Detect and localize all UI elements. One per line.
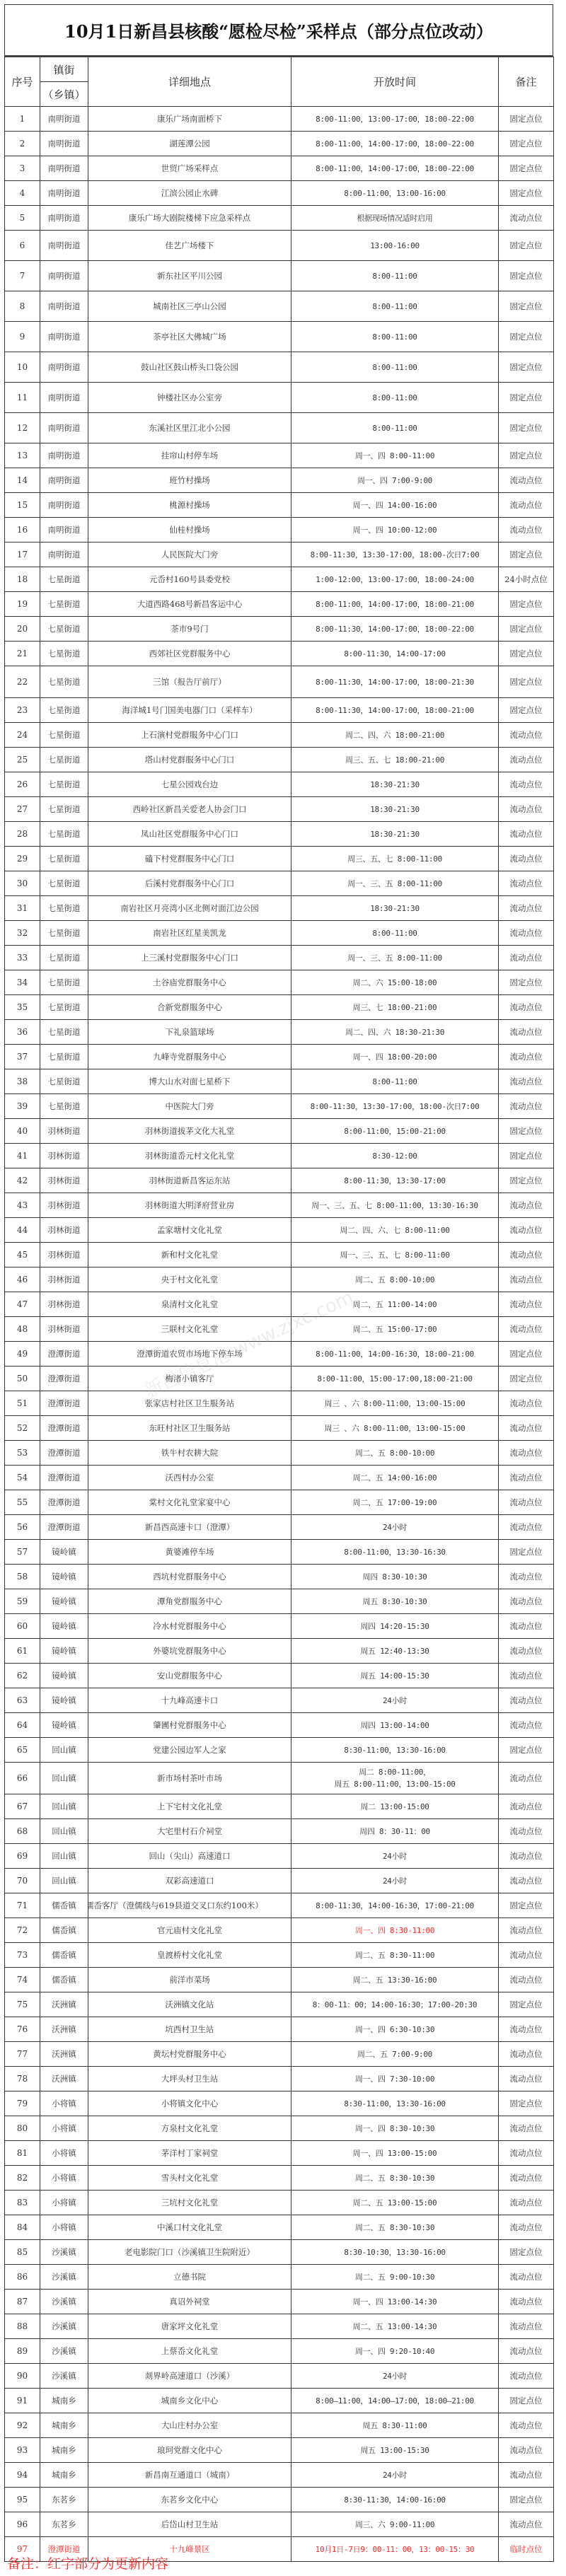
row-note: 流动点位 (499, 1844, 554, 1869)
row-seq: 4 (5, 181, 40, 206)
row-time: 周二、五 8:30-11:00 (291, 1943, 499, 1968)
row-town: 七星街道 (40, 567, 88, 592)
row-location: 上三溪村党群服务中心门口 (88, 946, 291, 970)
row-seq: 84 (5, 2215, 40, 2240)
row-location: 泉清村文化礼堂 (88, 1292, 291, 1317)
row-time-line2: 周五 8:00-11:00，13:00-15:00 (291, 1778, 498, 1790)
row-note: 流动点位 (499, 2166, 554, 2191)
row-time: 8:30-10:30，13:30-16:00 (291, 2240, 499, 2265)
row-location: 冷水村党群服务中心 (88, 1614, 291, 1639)
table-row: 23七星街道海洋城1号门国美电器门口（采样车）8:00-11:30，14:00-… (5, 698, 554, 723)
row-time: 13:00-16:00 (291, 231, 499, 261)
table-row: 50澄潭街道梅渚小镇客厅8:00-11:00，15:00-17:00,18:00… (5, 1367, 554, 1391)
row-town: 小将镇 (40, 2215, 88, 2240)
row-location: 凤山社区党群服务中心门口 (88, 822, 291, 847)
row-town: 七星街道 (40, 847, 88, 871)
table-row: 63镜岭镇十九峰高速卡口24小时流动点位 (5, 1688, 554, 1713)
row-time: 周二、五 14:00-16:00 (291, 1466, 499, 1490)
row-time: 24小时 (291, 1844, 499, 1869)
schedule-sheet: 10月1日新昌县核酸“愿检尽检”采样点（部分点位改动） 序号 镇街 详细地点 开… (4, 4, 553, 2562)
row-time: 周一、四 8:30-11:00 (291, 1918, 499, 1943)
row-note: 流动点位 (499, 1466, 554, 1490)
table-row: 13南明街道挂帘山村停车场周一、四 8:00-11:00固定点位 (5, 443, 554, 468)
table-row: 91城南乡城南乡文化中心8:00—11:00，14:00—17:00，18:00… (5, 2389, 554, 2413)
row-note: 流动点位 (499, 1490, 554, 1515)
row-location: 土谷庙党群服务中心 (88, 970, 291, 995)
row-note: 流动点位 (499, 1688, 554, 1713)
row-location: 西岭社区新昌关爱老人协会门口 (88, 797, 291, 822)
row-time: 周五 8:30-11:00 (291, 2413, 499, 2438)
row-location: 方泉村文化礼堂 (88, 2116, 291, 2141)
row-note: 固定点位 (499, 642, 554, 666)
row-note: 固定点位 (499, 617, 554, 642)
row-seq: 2 (5, 132, 40, 156)
row-town: 镜岭镇 (40, 1540, 88, 1565)
row-seq: 90 (5, 2364, 40, 2389)
row-seq: 60 (5, 1614, 40, 1639)
row-town: 南明街道 (40, 107, 88, 132)
sampling-sites-table: 序号 镇街 详细地点 开放时间 备注 （乡镇） 1南明街道康乐广场南面桥下8:0… (4, 57, 554, 2562)
row-town: 回山镇 (40, 1869, 88, 1893)
row-note: 流动点位 (499, 2512, 554, 2537)
row-seq: 52 (5, 1416, 40, 1441)
row-town: 镜岭镇 (40, 1713, 88, 1738)
row-note: 流动点位 (499, 2141, 554, 2166)
row-location: 城南社区三亭山公园 (88, 291, 291, 322)
row-seq: 12 (5, 413, 40, 443)
table-row: 61镜岭镇外婆坑党群服务中心周五 12:40-13:30流动点位 (5, 1639, 554, 1664)
row-seq: 96 (5, 2512, 40, 2537)
row-note: 固定点位 (499, 181, 554, 206)
row-time: 周一、四 9:20-10:40 (291, 2339, 499, 2364)
row-town: 镜岭镇 (40, 1565, 88, 1589)
row-seq: 57 (5, 1540, 40, 1565)
row-note: 流动点位 (499, 723, 554, 748)
row-time: 8:00-11:00，13:30-16:30 (291, 1540, 499, 1565)
row-time: 周三 、六 8:00-11:00，13:00-15:00 (291, 1391, 499, 1416)
table-row: 12南明街道东溪社区里江北小公园8:00-11:00固定点位 (5, 413, 554, 443)
table-row: 41羽林街道羽林街道岙元村文化礼堂8:30-12:00固定点位 (5, 1144, 554, 1168)
row-town: 七星街道 (40, 698, 88, 723)
table-row: 8南明街道城南社区三亭山公园8:00-11:00固定点位 (5, 291, 554, 322)
table-row: 35七星街道合新党群服务中心周三、七 18:00-21:00流动点位 (5, 995, 554, 1020)
row-note: 临时点位 (499, 2537, 554, 2562)
row-location: 人民医院大门旁 (88, 543, 291, 567)
row-seq: 68 (5, 1819, 40, 1844)
row-time: 8:00-11:00 (291, 352, 499, 383)
row-location: 桃源村操场 (88, 493, 291, 518)
row-time: 8:30-11:00，13:30-16:00 (291, 2091, 499, 2116)
row-seq: 6 (5, 231, 40, 261)
row-seq: 47 (5, 1292, 40, 1317)
row-location: 东旺村社区卫生服务站 (88, 1416, 291, 1441)
row-location: 新市场村茶叶市场 (88, 1763, 291, 1794)
row-note: 流动点位 (499, 797, 554, 822)
row-location: 城南乡文化中心 (88, 2389, 291, 2413)
row-location: 老电影院门口（沙溪镇卫生院附近） (88, 2240, 291, 2265)
row-note: 流动点位 (499, 2339, 554, 2364)
row-location: 羽林街道大明泽府营业房 (88, 1193, 291, 1218)
row-town: 南明街道 (40, 352, 88, 383)
row-seq: 20 (5, 617, 40, 642)
row-time: 周一、四 18:00-20:00 (291, 1045, 499, 1069)
row-note: 流动点位 (499, 1441, 554, 1466)
row-time: 周一、三、五 8:00-11:00 (291, 871, 499, 896)
row-location: 沃西村办公室 (88, 1466, 291, 1490)
row-town: 回山镇 (40, 1763, 88, 1794)
row-town: 沙溪镇 (40, 2314, 88, 2339)
row-note: 流动点位 (499, 1069, 554, 1094)
header-note: 备注 (499, 57, 554, 107)
row-town: 七星街道 (40, 642, 88, 666)
row-time: 周五 14:00-15:30 (291, 1664, 499, 1688)
table-row: 53澄潭街道铁牛村农耕大院周二、五 8:00-10:00流动点位 (5, 1441, 554, 1466)
row-seq: 36 (5, 1020, 40, 1045)
row-location: 塔山村党群服务中心门口 (88, 748, 291, 772)
table-row: 96东茗乡后岱山村卫生站周三、六 9:00-11:00流动点位 (5, 2512, 554, 2537)
row-time: 周三 、六 8:00-11:00，13:00-15:00 (291, 1416, 499, 1441)
table-row: 86沙溪镇立德书院周二、五 9:00-10:30流动点位 (5, 2265, 554, 2290)
row-location: 坑西村卫生站 (88, 2017, 291, 2042)
row-location: 大道西路468号新昌客运中心 (88, 592, 291, 617)
row-town: 镜岭镇 (40, 1664, 88, 1688)
row-seq: 65 (5, 1738, 40, 1763)
row-seq: 3 (5, 156, 40, 181)
row-time: 周二、五 8:00-10:00 (291, 1441, 499, 1466)
row-note: 固定点位 (499, 156, 554, 181)
row-time: 周四 13:00-14:00 (291, 1713, 499, 1738)
row-time-line1: 周二 8:00-11:00， (291, 1766, 498, 1778)
table-row: 18七星街道元岙村160号县委党校1:00-12:00，13:00-17:00，… (5, 567, 554, 592)
row-location: 十九峰高速卡口 (88, 1688, 291, 1713)
row-seq: 89 (5, 2339, 40, 2364)
table-row: 94城南乡新昌南互通道口（城南）24小时流动点位 (5, 2463, 554, 2488)
table-row: 88沙溪镇唐家坪文化礼堂周二、五 13:00-14:30流动点位 (5, 2314, 554, 2339)
row-seq: 38 (5, 1069, 40, 1094)
row-town: 小将镇 (40, 2116, 88, 2141)
table-row: 47羽林街道泉清村文化礼堂周二、五 11:00-14:00流动点位 (5, 1292, 554, 1317)
row-town: 七星街道 (40, 797, 88, 822)
row-town: 南明街道 (40, 443, 88, 468)
row-note: 流动点位 (499, 896, 554, 921)
row-time: 周二、五 9:00-10:30 (291, 2265, 499, 2290)
table-row: 17南明街道人民医院大门旁8:00-11:30，13:30-17:00，18:0… (5, 543, 554, 567)
table-row: 4南明街道江滨公园止水碑8:00-11:00，13:00-16:00固定点位 (5, 181, 554, 206)
row-seq: 41 (5, 1144, 40, 1168)
table-row: 81小将镇茅洋村丁家祠堂周一、四 13:00-15:00流动点位 (5, 2141, 554, 2166)
header-seq: 序号 (5, 57, 40, 107)
row-note: 固定点位 (499, 1144, 554, 1168)
row-location: 康乐广场大剧院楼梯下应急采样点 (88, 206, 291, 231)
row-note: 流动点位 (499, 2463, 554, 2488)
row-note: 流动点位 (499, 2438, 554, 2463)
table-row: 56澄潭街道新昌西高速卡口（澄潭）24小时流动点位 (5, 1515, 554, 1540)
row-town: 南明街道 (40, 493, 88, 518)
row-note: 固定点位 (499, 2091, 554, 2116)
row-time: 24小时 (291, 1515, 499, 1540)
row-location: 海洋城1号门国美电器门口（采样车） (88, 698, 291, 723)
row-location: 儒岙客厅（澄儒线与619县道交叉口东约100米） (88, 1893, 291, 1918)
row-seq: 22 (5, 666, 40, 698)
row-location: 东溪社区里江北小公园 (88, 413, 291, 443)
table-row: 89沙溪镇上蔡岙文化礼堂周一、四 9:20-10:40流动点位 (5, 2339, 554, 2364)
row-seq: 15 (5, 493, 40, 518)
table-row: 10南明街道鼓山社区鼓山桥头口袋公园8:00-11:00固定点位 (5, 352, 554, 383)
table-row: 32七星街道南岩社区红星美凯龙8:00-11:00流动点位 (5, 921, 554, 946)
row-note: 24小时点位 (499, 567, 554, 592)
row-town: 羽林街道 (40, 1218, 88, 1243)
row-time: 周二、五 13:00-14:30 (291, 2314, 499, 2339)
row-town: 七星街道 (40, 748, 88, 772)
row-location: 三联村文化礼堂 (88, 1317, 291, 1342)
row-location: 挂帘山村停车场 (88, 443, 291, 468)
table-row: 21七星街道西郊社区党群服务中心8:00-11:30，14:00-17:00固定… (5, 642, 554, 666)
row-town: 回山镇 (40, 1844, 88, 1869)
table-row: 85沙溪镇老电影院门口（沙溪镇卫生院附近）8:30-10:30，13:30-16… (5, 2240, 554, 2265)
row-town: 沃洲镇 (40, 1992, 88, 2017)
table-row: 64镜岭镇肇圃村党群服务中心周四 13:00-14:00流动点位 (5, 1713, 554, 1738)
table-row: 71儒岙镇儒岙客厅（澄儒线与619县道交叉口东约100米）8:00-11:30，… (5, 1893, 554, 1918)
row-time: 8:00-11:00 (291, 413, 499, 443)
row-location: 仙桂村操场 (88, 518, 291, 543)
table-row: 16南明街道仙桂村操场周一、四 10:00-12:00流动点位 (5, 518, 554, 543)
row-location: 下礼泉篮球场 (88, 1020, 291, 1045)
row-location: 上下宅村文化礼堂 (88, 1794, 291, 1819)
row-note: 流动点位 (499, 822, 554, 847)
row-seq: 83 (5, 2191, 40, 2215)
row-seq: 92 (5, 2413, 40, 2438)
row-note: 流动点位 (499, 1515, 554, 1540)
table-row: 19七星街道大道西路468号新昌客运中心8:00-11:00，14:00-17:… (5, 592, 554, 617)
row-town: 沙溪镇 (40, 2290, 88, 2314)
row-location: 新和村文化礼堂 (88, 1243, 291, 1267)
row-seq: 73 (5, 1943, 40, 1968)
row-town: 七星街道 (40, 946, 88, 970)
row-time: 周一、四 10:00-12:00 (291, 518, 499, 543)
row-location: 佳艺广场楼下 (88, 231, 291, 261)
row-location: 七星公园戏台边 (88, 772, 291, 797)
row-location: 元岙村160号县委党校 (88, 567, 291, 592)
table-row: 95东茗乡东茗乡文化中心8:30-11:30，14:00-16:00固定点位 (5, 2488, 554, 2512)
row-note: 固定点位 (499, 291, 554, 322)
row-town: 澄潭街道 (40, 1367, 88, 1391)
row-note: 固定点位 (499, 261, 554, 291)
row-time: 周一、四 6:30-10:30 (291, 2017, 499, 2042)
row-time: 18:30-21:30 (291, 772, 499, 797)
row-seq: 48 (5, 1317, 40, 1342)
row-time: 18:30-21:30 (291, 797, 499, 822)
row-location: 南岩社区月亮湾小区北侧对面江边公园 (88, 896, 291, 921)
row-seq: 67 (5, 1794, 40, 1819)
row-seq: 39 (5, 1094, 40, 1119)
row-seq: 77 (5, 2042, 40, 2067)
row-time: 8:00-11:30，14:00-17:00 (291, 642, 499, 666)
row-note: 流动点位 (499, 2413, 554, 2438)
row-location: 上石演村党群服务中心门口 (88, 723, 291, 748)
row-town: 羽林街道 (40, 1292, 88, 1317)
row-seq: 23 (5, 698, 40, 723)
row-location: 央于村文化礼堂 (88, 1267, 291, 1292)
table-row: 87沙溪镇真诏外祠堂周一、四 13:00-14:30流动点位 (5, 2290, 554, 2314)
row-time: 周一、四 8:30-10:30 (291, 2116, 499, 2141)
table-row: 49澄潭街道澄潭街道农贸市场地下停车场8:00-11:00，14:00-16:3… (5, 1342, 554, 1367)
row-note: 固定点位 (499, 1119, 554, 1144)
row-note: 固定点位 (499, 2488, 554, 2512)
table-row: 2南明街道湖莲潭公园8:00-11:00，14:00-17:00，18:00-2… (5, 132, 554, 156)
row-town: 七星街道 (40, 666, 88, 698)
row-town: 南明街道 (40, 543, 88, 567)
row-seq: 18 (5, 567, 40, 592)
row-location: 琅珂党群文化中心 (88, 2438, 291, 2463)
row-time: 8:00-11:00，15:00-21:00 (291, 1119, 499, 1144)
row-location: 中医院大门旁 (88, 1094, 291, 1119)
table-row: 14南明街道班竹村操场周一、四 7:00-9:00流动点位 (5, 468, 554, 493)
row-seq: 81 (5, 2141, 40, 2166)
row-town: 七星街道 (40, 921, 88, 946)
row-note: 流动点位 (499, 2290, 554, 2314)
row-note: 流动点位 (499, 518, 554, 543)
row-note: 固定点位 (499, 543, 554, 567)
row-town: 澄潭街道 (40, 1515, 88, 1540)
row-seq: 82 (5, 2166, 40, 2191)
row-town: 南明街道 (40, 261, 88, 291)
table-row: 33七星街道上三溪村党群服务中心门口周一、三、五 8:00-11:00流动点位 (5, 946, 554, 970)
row-note: 固定点位 (499, 592, 554, 617)
row-seq: 1 (5, 107, 40, 132)
row-time: 周二、五 8:00-10:00 (291, 1267, 499, 1292)
table-row: 92城南乡大山庄村办公室周五 8:30-11:00流动点位 (5, 2413, 554, 2438)
row-time: 周二、五 8:30-10:30 (291, 2166, 499, 2191)
table-row: 69回山镇回山（尖山）高速道口24小时流动点位 (5, 1844, 554, 1869)
row-note: 流动点位 (499, 1794, 554, 1819)
row-time: 8：00-11：00；14:00-16:30；17:00-20:30 (291, 1992, 499, 2017)
row-note: 流动点位 (499, 1243, 554, 1267)
row-time: 8:00-11:00，14:00-17:00，18:00-21:00 (291, 592, 499, 617)
row-town: 羽林街道 (40, 1267, 88, 1292)
row-seq: 13 (5, 443, 40, 468)
row-seq: 76 (5, 2017, 40, 2042)
row-time: 18:30-21:30 (291, 822, 499, 847)
row-location: 新昌南互通道口（城南） (88, 2463, 291, 2488)
table-row: 66回山镇新市场村茶叶市场周二 8:00-11:00，周五 8:00-11:00… (5, 1763, 554, 1794)
row-location: 九峰寺党群服务中心 (88, 1045, 291, 1069)
row-location: 湖莲潭公园 (88, 132, 291, 156)
table-row: 79小将镇小将镇文化中心8:30-11:00，13:30-16:00固定点位 (5, 2091, 554, 2116)
row-time: 周一、四 8:00-11:00 (291, 443, 499, 468)
table-row: 77沃洲镇黄坛村党群服务中心周二、五 7:00-9:00流动点位 (5, 2042, 554, 2067)
row-town: 南明街道 (40, 181, 88, 206)
row-note: 流动点位 (499, 1943, 554, 1968)
table-row: 60镜岭镇冷水村党群服务中心周四 14:20-15:30流动点位 (5, 1614, 554, 1639)
row-note: 固定点位 (499, 1540, 554, 1565)
table-row: 15南明街道桃源村操场周一、四 14:00-16:00流动点位 (5, 493, 554, 518)
row-time: 24小时 (291, 1688, 499, 1713)
row-time: 8:00-11:30，14:00-16:30，17:00-21:00 (291, 1893, 499, 1918)
row-seq: 74 (5, 1968, 40, 1992)
row-seq: 46 (5, 1267, 40, 1292)
row-town: 七星街道 (40, 1045, 88, 1069)
table-row: 3南明街道世贸广场采样点8:00-11:00，14:00-17:00，18:00… (5, 156, 554, 181)
row-seq: 19 (5, 592, 40, 617)
table-row: 40羽林街道羽林街道拔茅文化大礼堂8:00-11:00，15:00-21:00固… (5, 1119, 554, 1144)
row-seq: 79 (5, 2091, 40, 2116)
table-row: 73儒岙镇皇渡桥村文化礼堂周二、五 8:30-11:00流动点位 (5, 1943, 554, 1968)
row-town: 羽林街道 (40, 1119, 88, 1144)
header-time: 开放时间 (291, 57, 499, 107)
row-location: 前洋市菜场 (88, 1968, 291, 1992)
row-time: 8:00-11:00 (291, 261, 499, 291)
row-seq: 93 (5, 2438, 40, 2463)
row-time: 周二、六 15:00-18:00 (291, 970, 499, 995)
row-seq: 9 (5, 322, 40, 352)
row-seq: 50 (5, 1367, 40, 1391)
row-location: 大山庄村办公室 (88, 2413, 291, 2438)
row-note: 流动点位 (499, 847, 554, 871)
row-location: 茶亭社区大佛城广场 (88, 322, 291, 352)
row-note: 流动点位 (499, 1020, 554, 1045)
row-seq: 72 (5, 1918, 40, 1943)
row-location: 大宅里村石介祠堂 (88, 1819, 291, 1844)
row-seq: 37 (5, 1045, 40, 1069)
row-town: 沃洲镇 (40, 2067, 88, 2091)
table-row: 90沙溪镇剡界岭高速道口（沙溪）24小时流动点位 (5, 2364, 554, 2389)
row-note: 流动点位 (499, 2364, 554, 2389)
row-note: 固定点位 (499, 1342, 554, 1367)
row-time: 周四 8：30-11：00 (291, 1819, 499, 1844)
row-town: 回山镇 (40, 1794, 88, 1819)
row-town: 七星街道 (40, 723, 88, 748)
row-town: 镜岭镇 (40, 1639, 88, 1664)
table-row: 76沃洲镇坑西村卫生站周一、四 6:30-10:30流动点位 (5, 2017, 554, 2042)
row-town: 镜岭镇 (40, 1589, 88, 1614)
row-note: 流动点位 (499, 2017, 554, 2042)
row-time: 周二、五 13:00-15:00 (291, 2191, 499, 2215)
row-time: 周四 8:30-10:30 (291, 1565, 499, 1589)
row-seq: 55 (5, 1490, 40, 1515)
row-note: 固定点位 (499, 383, 554, 413)
row-seq: 95 (5, 2488, 40, 2512)
row-note: 流动点位 (499, 2191, 554, 2215)
row-town: 澄潭街道 (40, 1416, 88, 1441)
row-town: 小将镇 (40, 2141, 88, 2166)
row-location: 三坑村文化礼堂 (88, 2191, 291, 2215)
row-location: 东茗乡文化中心 (88, 2488, 291, 2512)
row-seq: 29 (5, 847, 40, 871)
row-town: 城南乡 (40, 2413, 88, 2438)
row-note: 固定点位 (499, 1893, 554, 1918)
row-time: 周一、四 7:00-9:00 (291, 468, 499, 493)
row-time: 1:00-12:00，13:00-17:00，18:00-24:00 (291, 567, 499, 592)
row-seq: 42 (5, 1168, 40, 1193)
row-time: 10月1日-7日9：00-11：00，13：00-15：30 (291, 2537, 499, 2562)
row-seq: 27 (5, 797, 40, 822)
table-row: 24七星街道上石演村党群服务中心门口周二、四、六 18:00-21:00流动点位 (5, 723, 554, 748)
row-location: 真诏外祠堂 (88, 2290, 291, 2314)
row-seq: 33 (5, 946, 40, 970)
table-row: 38七星街道博大山水对面七星桥下8:00-11:00流动点位 (5, 1069, 554, 1094)
row-time: 周二、四、六 18:00-21:00 (291, 723, 499, 748)
row-time: 8:30-11:30，14:00-16:00 (291, 2488, 499, 2512)
row-note: 固定点位 (499, 2389, 554, 2413)
row-note: 流动点位 (499, 1317, 554, 1342)
row-location: 立德书院 (88, 2265, 291, 2290)
row-time: 8:00-11:00 (291, 322, 499, 352)
row-time: 24小时 (291, 2364, 499, 2389)
row-seq: 30 (5, 871, 40, 896)
row-time: 周五 13:00-15:30 (291, 2438, 499, 2463)
table-row: 28七星街道凤山社区党群服务中心门口18:30-21:30流动点位 (5, 822, 554, 847)
row-town: 沙溪镇 (40, 2364, 88, 2389)
